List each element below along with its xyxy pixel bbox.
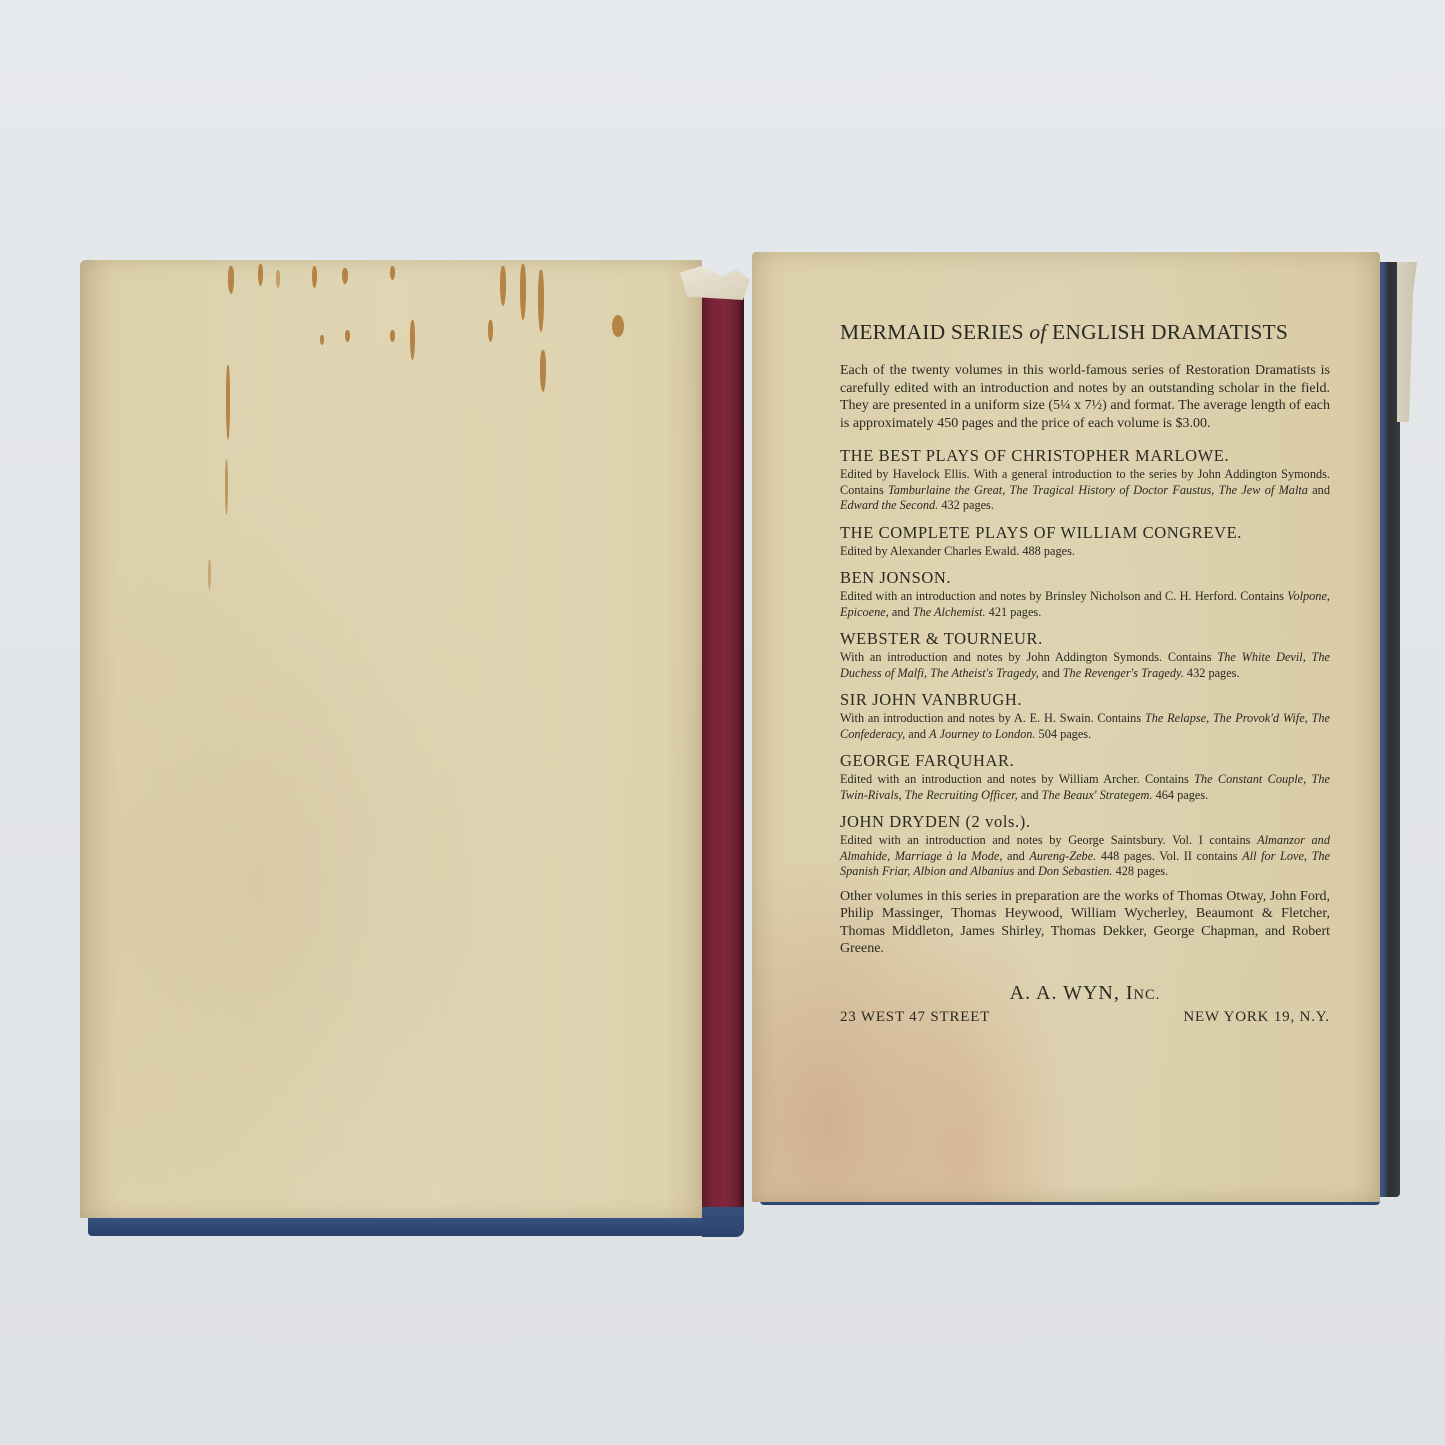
stain-mark — [320, 335, 324, 345]
left-book-spine — [702, 282, 744, 1230]
catalog-entry-marlowe: THE BEST PLAYS OF CHRISTOPHER MARLOWE. E… — [840, 445, 1330, 514]
catalog-entry-farquhar: GEORGE FARQUHAR. Edited with an introduc… — [840, 750, 1330, 803]
stain-mark — [390, 330, 395, 342]
entry-body: Edited with an introduction and notes by… — [840, 772, 1330, 803]
jacket-text-block: MERMAID SERIES of ENGLISH DRAMATISTS Eac… — [840, 320, 1330, 1026]
stain-mark — [228, 266, 234, 294]
other-volumes-note: Other volumes in this series in preparat… — [840, 888, 1330, 958]
stain-mark — [538, 270, 544, 332]
right-jacket-back-panel: MERMAID SERIES of ENGLISH DRAMATISTS Eac… — [752, 252, 1380, 1202]
stain-mark — [500, 266, 506, 306]
stain-mark — [276, 270, 280, 288]
publisher-name: A. A. WYN, INC. — [840, 982, 1330, 1005]
entry-title: GEORGE FARQUHAR. — [840, 750, 1330, 772]
right-book: MERMAID SERIES of ENGLISH DRAMATISTS Eac… — [752, 252, 1422, 1212]
entry-title: BEN JONSON. — [840, 567, 1330, 589]
series-title: MERMAID SERIES of ENGLISH DRAMATISTS — [840, 320, 1330, 345]
entry-title: JOHN DRYDEN (2 vols.). — [840, 811, 1330, 833]
catalog-entry-jonson: BEN JONSON. Edited with an introduction … — [840, 567, 1330, 620]
stain-mark — [208, 560, 211, 590]
left-book — [80, 252, 748, 1240]
series-intro: Each of the twenty volumes in this world… — [840, 362, 1330, 432]
torn-jacket-edge — [680, 266, 750, 300]
entry-title: THE BEST PLAYS OF CHRISTOPHER MARLOWE. — [840, 445, 1330, 467]
stain-mark — [345, 330, 350, 342]
entry-title: SIR JOHN VANBRUGH. — [840, 689, 1330, 711]
stain-mark — [410, 320, 415, 360]
left-book-spine-corner — [702, 1207, 744, 1237]
entry-body: Edited with an introduction and notes by… — [840, 589, 1330, 620]
entry-body: With an introduction and notes by A. E. … — [840, 711, 1330, 742]
stain-mark — [258, 264, 263, 286]
torn-jacket-flap — [1397, 262, 1417, 422]
stain-mark — [612, 315, 624, 337]
stain-mark — [312, 266, 317, 288]
entry-body: Edited by Havelock Ellis. With a general… — [840, 467, 1330, 514]
catalog-entry-congreve: THE COMPLETE PLAYS OF WILLIAM CONGREVE. … — [840, 522, 1330, 560]
address-city: NEW YORK 19, N.Y. — [1183, 1009, 1330, 1026]
stain-mark — [342, 268, 348, 284]
catalog-entry-dryden: JOHN DRYDEN (2 vols.). Edited with an in… — [840, 811, 1330, 880]
stain-mark — [226, 365, 230, 440]
address-street: 23 WEST 47 STREET — [840, 1009, 990, 1026]
stain-mark — [488, 320, 493, 342]
entry-body: Edited with an introduction and notes by… — [840, 833, 1330, 880]
entry-title: THE COMPLETE PLAYS OF WILLIAM CONGREVE. — [840, 522, 1330, 544]
stain-mark — [390, 266, 395, 280]
stain-mark — [225, 460, 228, 515]
entry-body: Edited by Alexander Charles Ewald. 488 p… — [840, 544, 1330, 560]
left-jacket-back-panel — [80, 260, 702, 1218]
publisher-address: 23 WEST 47 STREET NEW YORK 19, N.Y. — [840, 1009, 1330, 1026]
stain-mark — [540, 350, 546, 392]
entry-body: With an introduction and notes by John A… — [840, 650, 1330, 681]
entry-title: WEBSTER & TOURNEUR. — [840, 628, 1330, 650]
catalog-entry-vanbrugh: SIR JOHN VANBRUGH. With an introduction … — [840, 689, 1330, 742]
catalog-entry-webster-tourneur: WEBSTER & TOURNEUR. With an introduction… — [840, 628, 1330, 681]
stain-mark — [520, 264, 526, 320]
